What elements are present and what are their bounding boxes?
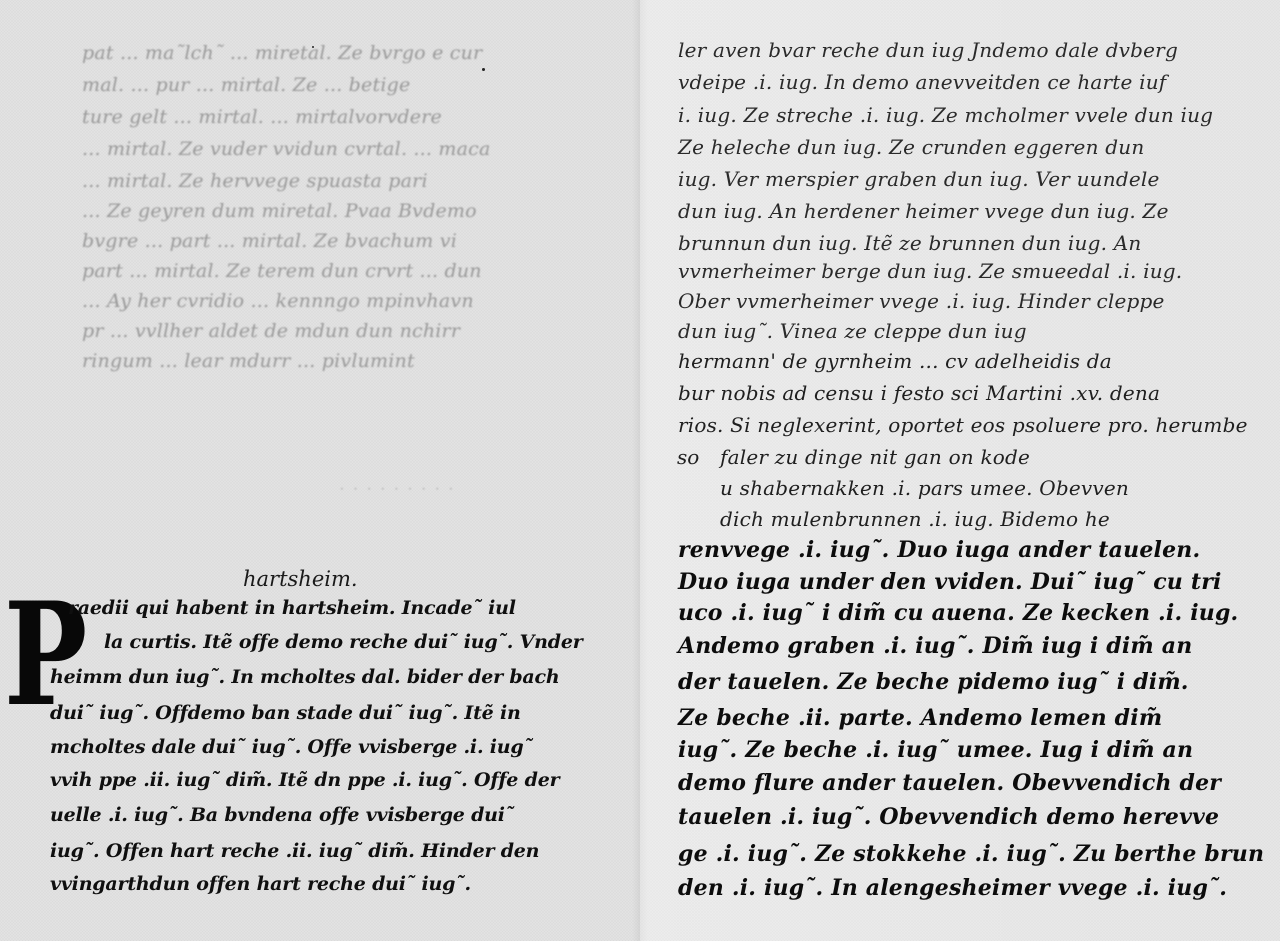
text-line: u shabernakken .i. pars umee. Obevven [720,476,1129,500]
text-line: ... Ay her cvridio ... kennngo mpinvhavn [82,290,474,312]
text-line: heimm dun iug˜. In mcholtes dal. bider d… [50,666,560,688]
text-line: ture gelt ... mirtal. ... mirtalvorvdere [82,106,442,128]
text-line: der tauelen. Ze beche pidemo iug˜ i dim̃… [678,669,1189,695]
text-line: Ze beche .ii. parte. Andemo lemen dim̃ [678,705,1162,731]
text-line: dun iug˜. Vinea ze cleppe dun iug [678,319,1027,343]
text-line: pat ... ma˜lch˜ ... miretal. Ze bvrgo e … [82,42,482,64]
text-line: ge .i. iug˜. Ze stokkehe .i. iug˜. Zu be… [678,841,1264,867]
text-line: raedii qui habent in hartsheim. Incade˜ … [68,597,516,619]
text-line: demo flure ander tauelen. Obevvendich de… [678,770,1221,796]
text-line: la curtis. Itẽ offe demo reche dui˜ iug˜… [104,631,583,653]
text-line: ... mirtal. Ze hervvege spuasta pari [82,170,428,192]
ink-speck [312,46,314,48]
text-line: ler aven bvar reche dun iug Jndemo dale … [678,38,1178,62]
text-line: ... Ze geyren dum miretal. Pvaa Bvdemo [82,200,477,222]
text-line: tauelen .i. iug˜. Obevvendich demo herev… [678,804,1219,830]
text-line: ... mirtal. Ze vuder vvidun cvrtal. ... … [82,138,491,160]
text-line: den .i. iug˜. In alengesheimer vvege .i.… [678,875,1227,901]
text-line: bur nobis ad censu i festo sci Martini .… [678,381,1160,405]
faint-decorative-mark: · · · · · · · · · [340,482,456,496]
text-line: vvingarthdun offen hart reche dui˜ iug˜. [50,873,471,895]
text-line: mal. ... pur ... mirtal. Ze ... betige [82,74,410,96]
text-line: vvih ppe .ii. iug˜ dim̃. Itẽ dn ppe .i. … [50,769,559,791]
text-line: part ... mirtal. Ze terem dun crvrt ... … [82,260,482,282]
text-line: dui˜ iug˜. Offdemo ban stade dui˜ iug˜. … [50,702,521,724]
margin-note: so [677,445,699,469]
text-line: iug˜. Offen hart reche .ii. iug˜ dim̃. H… [50,840,539,862]
text-line: Andemo graben .i. iug˜. Dim̃ iug i dim̃ … [678,633,1192,659]
text-line: iug. Ver merspier graben dun iug. Ver uu… [678,167,1160,191]
ink-speck [482,68,485,71]
text-line: hermann' de gyrnheim ... cv adelheidis d… [678,349,1112,373]
text-line: uelle .i. iug˜. Ba bvndena offe vvisberg… [50,804,514,826]
left-page: pat ... ma˜lch˜ ... miretal. Ze bvrgo e … [0,0,640,941]
text-line: mcholtes dale dui˜ iug˜. Offe vvisberge … [50,736,533,758]
text-line: iug˜. Ze beche .i. iug˜ umee. Iug i dim̃… [678,737,1193,763]
text-line: Ober vvmerheimer vvege .i. iug. Hinder c… [678,289,1165,313]
text-line: renvvege .i. iug˜. Duo iuga ander tauele… [678,537,1200,563]
text-line: ringum ... lear mdurr ... pivlumint [82,350,415,372]
text-line: rios. Si neglexerint, oportet eos psolue… [678,413,1248,437]
right-page: 63 ler aven bvar reche dun iug Jndemo da… [640,0,1280,941]
text-line: brunnun dun iug. Itẽ ze brunnen dun iug.… [678,231,1141,255]
text-line: uco .i. iug˜ i dim̃ cu auena. Ze kecken … [678,600,1238,626]
text-line: dun iug. An herdener heimer vvege dun iu… [678,199,1169,223]
text-line: faler zu dinge nit gan on kode [720,445,1030,469]
text-line: Duo iuga under den vviden. Dui˜ iug˜ cu … [678,569,1222,595]
text-line: Ze heleche dun iug. Ze crunden eggeren d… [678,135,1144,159]
section-heading: hartsheim. [243,567,358,591]
text-line: vdeipe .i. iug. In demo anevveitden ce h… [678,70,1166,94]
text-line: bvgre ... part ... mirtal. Ze bvachum vi [82,230,457,252]
text-line: dich mulenbrunnen .i. iug. Bidemo he [720,507,1110,531]
text-line: pr ... vvllher aldet de mdun dun nchirr [82,320,460,342]
text-line: vvmerheimer berge dun iug. Ze smueedal .… [678,259,1182,283]
text-line: i. iug. Ze streche .i. iug. Ze mcholmer … [678,103,1213,127]
